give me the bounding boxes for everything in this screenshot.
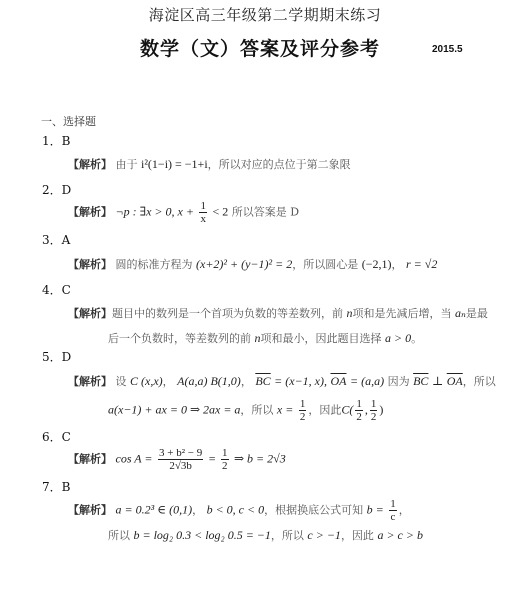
question-3-explanation: 【解析】 圆的标准方程为 (x+2)² + (y−1)² = 2，所以圆心是 (… bbox=[68, 256, 437, 272]
document-date: 2015.5 bbox=[432, 44, 463, 55]
question-4-explanation-line-1: 【解析】题目中的数列是一个首项为负数的等差数列，前 n项和是先减后增，当 aₙ是… bbox=[68, 305, 488, 321]
vector-bc: BC bbox=[255, 374, 270, 388]
question-1-answer: 1．B bbox=[42, 132, 70, 149]
question-5-explanation-line-1: 【解析】 设 C (x,x)， A(a,a) B(1,0)， BC = (x−1… bbox=[68, 373, 496, 389]
question-2-explanation: 【解析】 ¬p : ∃x > 0, x + 1x < 2 所以答案是 D bbox=[68, 200, 299, 225]
question-4-answer: 4．C bbox=[42, 281, 71, 298]
fraction: 1x bbox=[199, 200, 207, 225]
question-2-answer: 2．D bbox=[42, 181, 71, 198]
question-4-explanation-line-2: 后一个负数时，等差数列的前 n项和最小，因此题目选择 a > 0。 bbox=[108, 330, 422, 346]
vector-oa: OA bbox=[331, 374, 347, 388]
question-6-explanation: 【解析】 cos A = 3 + b² − 92√3b = 12 ⇒ b = 2… bbox=[68, 447, 286, 472]
question-5-explanation-line-2: a(x−1) + ax = 0 ⇒ 2ax = a，所以 x = 12，因此C(… bbox=[108, 398, 383, 423]
question-5-answer: 5．D bbox=[42, 348, 71, 365]
document-title: 海淀区高三年级第二学期期末练习 bbox=[0, 4, 530, 25]
question-7-explanation-line-1: 【解析】 a = 0.2³ ∈ (0,1)， b < 0, c < 0，根据换底… bbox=[68, 498, 410, 523]
question-1-explanation: 【解析】 由于 i²(1−i) = −1+i，所以对应的点位于第二象限 bbox=[68, 156, 351, 172]
question-3-answer: 3．A bbox=[42, 231, 70, 248]
question-6-answer: 6．C bbox=[42, 428, 71, 445]
question-7-explanation-line-2: 所以 b = log₂ 0.3 < log₂ 0.5 = −1，所以 c > −… bbox=[108, 527, 423, 543]
document-subtitle: 数学（文）答案及评分参考 bbox=[140, 34, 380, 61]
explanation-tag: 【解析】 bbox=[68, 158, 112, 171]
question-7-answer: 7．B bbox=[42, 478, 70, 495]
section-heading: 一、选择题 bbox=[41, 113, 96, 129]
